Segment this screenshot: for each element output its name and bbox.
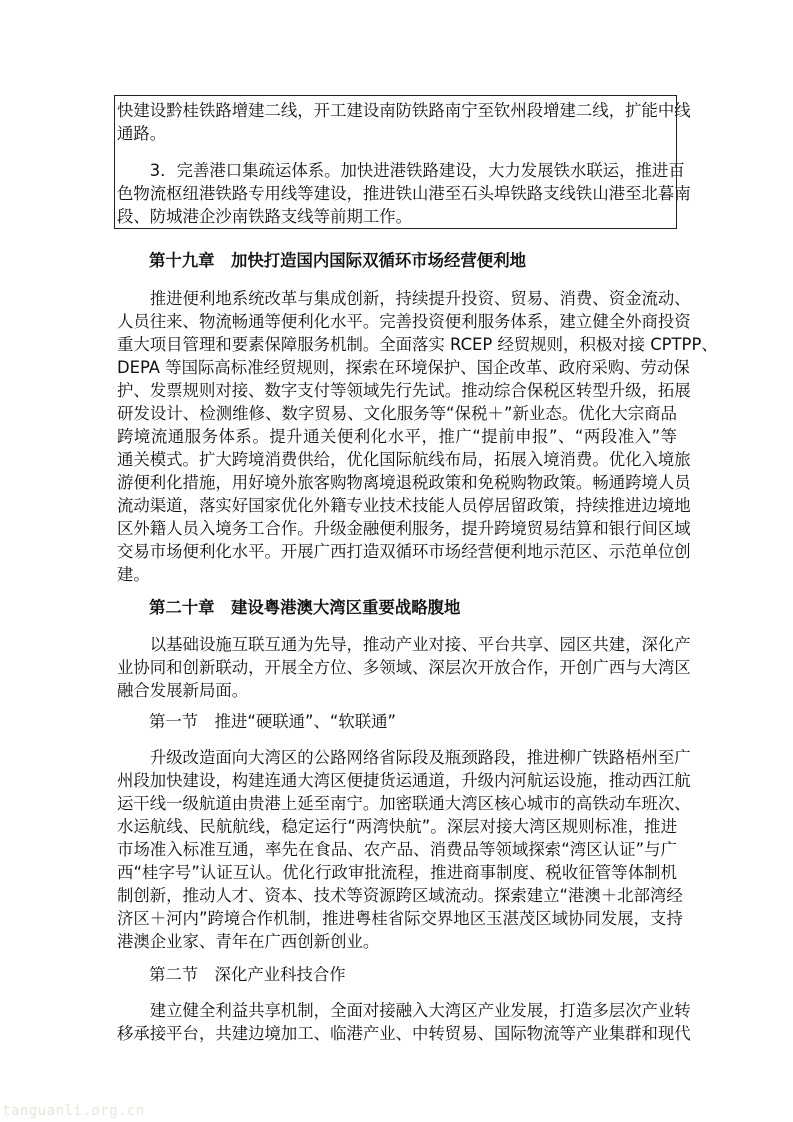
- section-1-paragraph-line: 市场准入标准互通，率先在食品、农产品、消费品等领域探索“湾区认证”与广: [117, 838, 677, 861]
- section-1-paragraph-line: 运干线一级航道由贵港上延至南宁。加密联通大湾区核心城市的高铁动车班次、: [117, 792, 677, 815]
- boxed-text-line: 色物流枢纽港铁路专用线等建设，推进铁山港至石头埠铁路支线铁山港至北暮南: [117, 182, 677, 205]
- chapter-19-paragraph-line: 跨境流通服务体系。提升通关便利化水平，推广“提前申报”、“两段准入”等: [117, 425, 677, 448]
- chapter-19-paragraph-line: 研发设计、检测维修、数字贸易、文化服务等“保税＋”新业态。优化大宗商品: [117, 402, 677, 425]
- section-1-paragraph-line: 州段加快建设，构建连通大湾区便捷货运通道，升级内河航运设施，推动西江航: [117, 769, 677, 792]
- chapter-19-paragraph-line: 建。: [117, 563, 677, 586]
- boxed-text-line: 快建设黔桂铁路增建二线，开工建设南防铁路南宁至钦州段增建二线，扩能中线: [117, 99, 677, 122]
- boxed-text-line: 3．完善港口集疏运体系。加快进港铁路建设，大力发展铁水联运，推进百: [117, 159, 677, 182]
- chapter-19-paragraph-line: 护、发票规则对接、数字支付等领域先行先试。推动综合保税区转型升级，拓展: [117, 379, 677, 402]
- chapter-19-paragraph-line: 推进便利地系统改革与集成创新，持续提升投资、贸易、消费、资金流动、: [117, 287, 677, 310]
- chapter-19-paragraph-line: 游便利化措施，用好境外旅客购物离境退税政策和免税购物政策。畅通跨境人员: [117, 471, 677, 494]
- chapter-20-intro-line: 融合发展新局面。: [117, 679, 677, 702]
- watermark: tanguanli.org.cn: [2, 1103, 145, 1119]
- section-1-paragraph-line: 济区＋河内”跨境合作机制，推进粤桂省际交界地区玉湛茂区域协同发展，支持: [117, 907, 677, 930]
- section-1-paragraph-line: 水运航线、民航航线，稳定运行“两湾快航”。深层对接大湾区规则标准，推进: [117, 815, 677, 838]
- section-2-paragraph-line: 建立健全利益共享机制，全面对接融入大湾区产业发展，打造多层次产业转: [117, 999, 677, 1022]
- section-1-heading: 第一节 推进“硬联通”、“软联通”: [149, 710, 396, 733]
- chapter-19-paragraph-line: 人员往来、物流畅通等便利化水平。完善投资便利服务体系，建立健全外商投资: [117, 310, 677, 333]
- boxed-text-line: 段、防城港企沙南铁路支线等前期工作。: [117, 205, 677, 228]
- chapter-19-paragraph-line: 重大项目管理和要素保障服务机制。全面落实 RCEP 经贸规则，积极对接 CPTP…: [117, 333, 677, 356]
- chapter-20-intro-line: 业协同和创新联动，开展全方位、多领域、深层次开放合作，开创广西与大湾区: [117, 656, 677, 679]
- chapter-19-heading: 第十九章 加快打造国内国际双循环市场经营便利地: [149, 249, 526, 272]
- chapter-19-paragraph-line: DEPA 等国际高标准经贸规则，探索在环境保护、国企改革、政府采购、劳动保: [117, 356, 677, 379]
- chapter-19-paragraph-line: 流动渠道，落实好国家优化外籍专业技术技能人员停居留政策，持续推进边境地: [117, 494, 677, 517]
- chapter-19-paragraph-line: 交易市场便利化水平。开展广西打造双循环市场经营便利地示范区、示范单位创: [117, 540, 677, 563]
- section-1-paragraph-line: 制创新，推动人才、资本、技术等资源跨区域流动。探索建立“港澳＋北部湾经: [117, 884, 677, 907]
- chapter-19-paragraph-line: 通关模式。扩大跨境消费供给，优化国际航线布局，拓展入境消费。优化入境旅: [117, 448, 677, 471]
- section-2-paragraph-line: 移承接平台，共建边境加工、临港产业、中转贸易、国际物流等产业集群和现代: [117, 1022, 677, 1045]
- chapter-19-paragraph-line: 区外籍人员入境务工合作。升级金融便利服务，提升跨境贸易结算和银行间区域: [117, 517, 677, 540]
- section-1-paragraph-line: 港澳企业家、青年在广西创新创业。: [117, 930, 677, 953]
- section-1-paragraph-line: 西“桂字号”认证互认。优化行政审批流程，推进商事制度、税收征管等体制机: [117, 861, 677, 884]
- boxed-text-line: 通路。: [117, 122, 677, 145]
- chapter-20-intro-line: 以基础设施互联互通为先导，推动产业对接、平台共享、园区共建，深化产: [117, 633, 677, 656]
- section-2-heading: 第二节 深化产业科技合作: [149, 963, 346, 986]
- document-page: 快建设黔桂铁路增建二线，开工建设南防铁路南宁至钦州段增建二线，扩能中线 通路。 …: [0, 0, 793, 1122]
- chapter-20-heading: 第二十章 建设粤港澳大湾区重要战略腹地: [149, 596, 460, 619]
- section-1-paragraph-line: 升级改造面向大湾区的公路网络省际段及瓶颈路段，推进柳广铁路梧州至广: [117, 746, 677, 769]
